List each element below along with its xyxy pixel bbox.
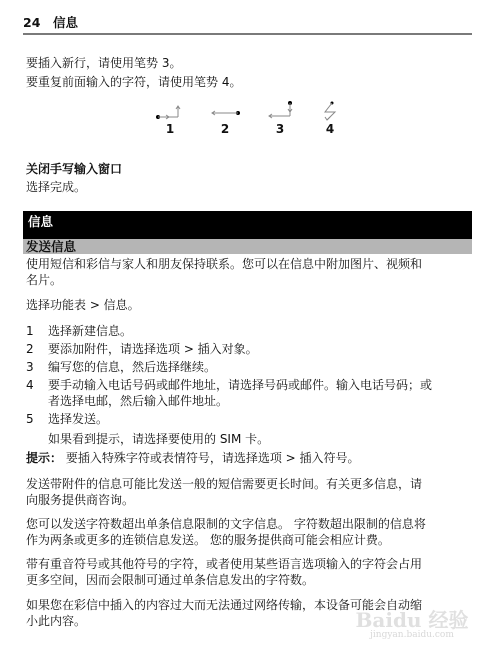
tip: 提示： 要插入特殊字符或表情符号，请选择选项 > 插入符号。 — [26, 450, 360, 466]
step-item: 5选择发送。如果看到提示，请选择要使用的 SIM 卡。 — [26, 411, 476, 447]
paragraph-attachments: 发送带附件的信息可能比发送一般的短信需要更长时间。有关更多信息，请 向服务提供商… — [26, 476, 422, 508]
intro-line: 要插入新行，请使用笔势 3。 — [26, 55, 241, 71]
step-item: 3编写您的信息，然后选择继续。 — [26, 359, 476, 375]
gesture-left-icon — [205, 100, 245, 122]
tip-text: 要插入特殊字符或表情符号，请选择选项 > 插入符号。 — [66, 451, 360, 465]
baidu-logo: Baidu 经验 — [352, 610, 472, 630]
gesture-2: 2 — [205, 100, 245, 142]
close-handwriting-title: 关闭手写输入窗口 — [26, 161, 122, 177]
chapter-title: 信息 — [53, 15, 78, 30]
gesture-right-then-up-icon — [150, 100, 190, 122]
page-number: 24 — [23, 14, 53, 32]
section-title: 信息 — [28, 214, 53, 229]
subsection-title: 发送信息 — [26, 239, 76, 254]
gesture-3: 3 — [260, 100, 300, 142]
step-item: 4要手动输入电话号码或邮件地址，请选择号码或邮件。输入电话号码；或者选择电邮，然… — [26, 377, 476, 409]
section-title-bar: 信息 — [23, 211, 472, 239]
gesture-diagram: 1 2 3 4 — [150, 100, 345, 145]
gesture-1: 1 — [150, 100, 190, 142]
menu-path: 选择功能表 > 信息。 — [26, 297, 140, 313]
subsection-title-bar: 发送信息 — [23, 239, 472, 254]
intro-line: 要重复前面输入的字符，请使用笔势 4。 — [26, 74, 241, 90]
step-item: 2要添加附件，请选择选项 > 插入对象。 — [26, 341, 476, 357]
gesture-4: 4 — [310, 100, 350, 142]
close-handwriting-section: 关闭手写输入窗口 选择完成。 — [26, 161, 122, 195]
page-header: 24信息 — [23, 14, 472, 35]
steps-list: 1选择新建信息。 2要添加附件，请选择选项 > 插入对象。 3编写您的信息，然后… — [26, 323, 476, 447]
close-handwriting-body: 选择完成。 — [26, 179, 122, 195]
gesture-down-then-left-icon — [260, 100, 300, 122]
send-intro: 使用短信和彩信与家人和朋友保持联系。您可以在信息中附加图片、视频和 名片。 — [26, 256, 422, 288]
tip-label: 提示： — [26, 451, 62, 465]
step-item: 1选择新建信息。 — [26, 323, 476, 339]
baidu-watermark: Baidu 经验 jingyan.baidu.com — [352, 610, 472, 640]
intro-text: 要插入新行，请使用笔势 3。 要重复前面输入的字符，请使用笔势 4。 — [26, 55, 241, 90]
gesture-zigzag-icon — [310, 100, 350, 122]
paragraph-long-messages: 您可以发送字符数超出单条信息限制的文字信息。 字符数超出限制的信息将 作为两条或… — [26, 516, 426, 548]
paragraph-accent-chars: 带有重音符号或其他符号的字符，或者使用某些语言选项输入的字符会占用 更多空间，因… — [26, 556, 422, 588]
